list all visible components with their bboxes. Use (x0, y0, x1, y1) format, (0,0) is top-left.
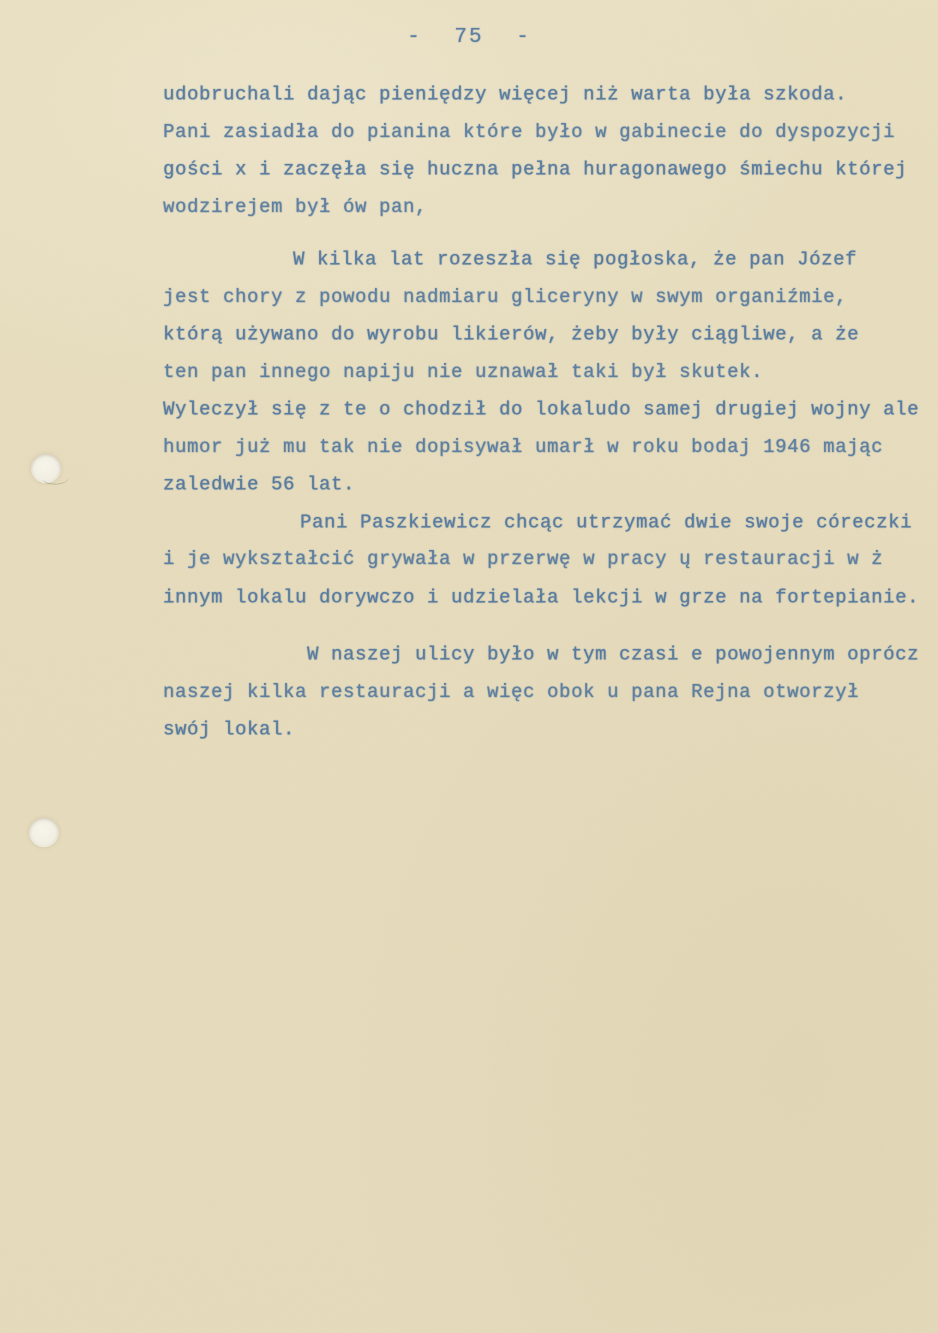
typed-line: Pani zasiadła do pianina które było w ga… (163, 114, 923, 152)
typed-line: Pani Paszkiewicz chcąc utrzymać dwie swo… (163, 504, 923, 542)
page-number: - 75 - (0, 26, 938, 49)
typed-text-block: udobruchali dając pieniędzy więcej niż w… (163, 76, 923, 749)
paragraph: udobruchali dając pieniędzy więcej niż w… (163, 76, 923, 226)
punch-hole-smudge (42, 468, 70, 486)
paragraph: Pani Paszkiewicz chcąc utrzymać dwie swo… (163, 504, 923, 617)
typed-line: zaledwie 56 lat. (163, 466, 923, 504)
typed-line: którą używano do wyrobu likierów, żeby b… (163, 316, 923, 354)
typed-line: i je wykształcić grywała w przerwę w pra… (163, 541, 923, 579)
typed-line: naszej kilka restauracji a więc obok u p… (163, 674, 923, 712)
typed-line: ten pan innego napiju nie uznawał taki b… (163, 354, 923, 392)
typed-line: innym lokalu dorywczo i udzielała lekcji… (163, 579, 923, 617)
typed-line: humor już mu tak nie dopisywał umarł w r… (163, 429, 923, 467)
typed-line: W kilka lat rozeszła się pogłoska, że pa… (163, 241, 923, 278)
punch-hole-bottom (29, 818, 59, 847)
typed-line: udobruchali dając pieniędzy więcej niż w… (163, 76, 923, 114)
typed-line: gości x i zaczęła się huczna pełna hurag… (163, 151, 923, 189)
paragraph: W kilka lat rozeszła się pogłoska, że pa… (163, 241, 923, 504)
typed-line: Wyleczył się z te o chodził do lokaludo … (163, 391, 923, 429)
typed-line: wodzirejem był ów pan, (163, 189, 923, 227)
typed-line: swój lokal. (163, 711, 923, 749)
scanned-page: - 75 - udobruchali dając pieniędzy więce… (0, 0, 938, 1333)
typed-line: W naszej ulicy było w tym czasi e powoje… (163, 636, 923, 674)
typed-line: jest chory z powodu nadmiaru gliceryny w… (163, 279, 923, 317)
paragraph: W naszej ulicy było w tym czasi e powoje… (163, 636, 923, 749)
